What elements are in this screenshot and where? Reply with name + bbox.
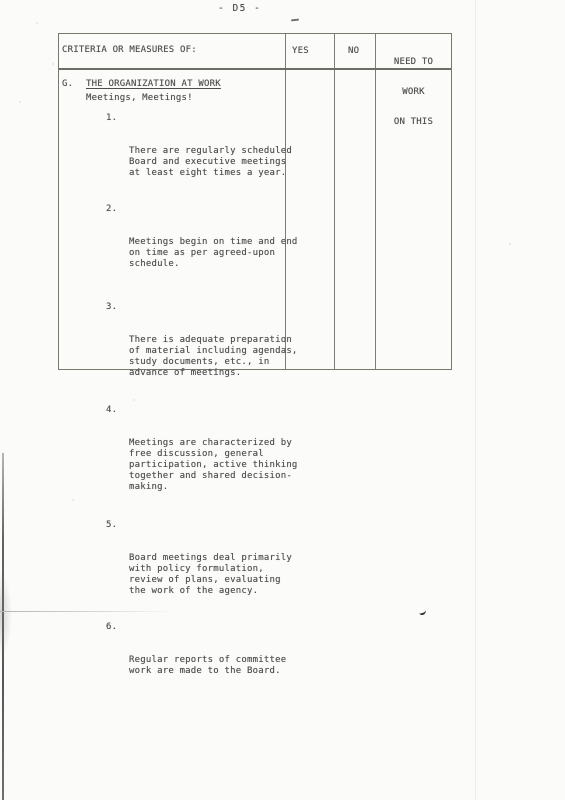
- item-line: review of plans, evaluating: [129, 575, 285, 586]
- criteria-table: CRITERIA OR MEASURES OF: YES NO NEED TO …: [58, 33, 452, 370]
- item-line: participation, active thinking: [129, 460, 285, 471]
- item-line: There are regularly scheduled: [129, 146, 285, 157]
- item-number: 4.: [106, 405, 117, 416]
- header-need-line-1: NEED TO: [375, 57, 452, 67]
- item-line: on time as per agreed-upon: [129, 248, 285, 259]
- section-subtitle: Meetings, Meetings!: [86, 93, 285, 104]
- criteria-item: 4. Meetings are characterized byfree dis…: [59, 405, 285, 515]
- ink-speck-dash: [291, 19, 299, 22]
- item-line: There is adequate preparation: [129, 335, 285, 346]
- header-need-line-2: WORK: [375, 87, 452, 97]
- item-line: Board and executive meetings: [129, 157, 285, 168]
- section-letter: G.: [62, 79, 73, 90]
- scan-noise-dot: [36, 22, 38, 24]
- criteria-column-body: G. THE ORGANIZATION AT WORK Meetings, Me…: [59, 70, 285, 699]
- item-lines: Meetings begin on time and endon time as…: [129, 237, 285, 270]
- item-number: 2.: [106, 204, 117, 215]
- item-line: study documents, etc., in: [129, 357, 285, 368]
- item-number: 5.: [106, 520, 117, 531]
- criteria-item: 1. There are regularly scheduledBoard an…: [59, 113, 285, 201]
- criteria-item: 6. Regular reports of committeework are …: [59, 622, 285, 699]
- item-line: Meetings begin on time and end: [129, 237, 285, 248]
- section-heading: G. THE ORGANIZATION AT WORK: [59, 79, 285, 90]
- header-no: NO: [348, 46, 359, 57]
- column-divider-yes: [285, 34, 286, 369]
- item-line: Regular reports of committee: [129, 655, 285, 666]
- scan-noise-dot: [72, 499, 74, 501]
- item-number: 6.: [106, 622, 117, 633]
- item-line: together and shared decision-: [129, 471, 285, 482]
- scan-noise-dot: [19, 101, 21, 103]
- criteria-item: 3. There is adequate preparationof mater…: [59, 302, 285, 401]
- item-line: Meetings are characterized by: [129, 438, 285, 449]
- scan-noise-dot: [133, 399, 135, 401]
- item-lines: Regular reports of committeework are mad…: [129, 655, 285, 677]
- item-line: the work of the agency.: [129, 586, 285, 597]
- scanned-document-page: - D5 - CRITERIA OR MEASURES OF: YES NO N…: [0, 0, 565, 800]
- ink-speck-comma: [418, 607, 426, 615]
- criteria-item: 2. Meetings begin on time and endon time…: [59, 204, 285, 292]
- item-line: of material including agendas,: [129, 346, 285, 357]
- item-line: work are made to the Board.: [129, 666, 285, 677]
- item-line: schedule.: [129, 259, 285, 270]
- header-need-to-work-on-this: NEED TO WORK ON THIS: [375, 37, 452, 147]
- header-criteria: CRITERIA OR MEASURES OF:: [62, 45, 197, 56]
- scan-noise-dot: [509, 243, 511, 245]
- paper-fold-line: [475, 0, 476, 800]
- column-divider-no: [334, 34, 335, 369]
- header-yes: YES: [292, 46, 309, 57]
- paper-crease-line: [0, 611, 175, 612]
- item-lines: Meetings are characterized byfree discus…: [129, 438, 285, 493]
- item-number: 3.: [106, 302, 117, 313]
- item-line: at least eight times a year.: [129, 168, 285, 179]
- item-line: Board meetings deal primarily: [129, 553, 285, 564]
- item-line: free discussion, general: [129, 449, 285, 460]
- item-lines: There are regularly scheduledBoard and e…: [129, 146, 285, 179]
- item-lines: Board meetings deal primarilywith policy…: [129, 553, 285, 597]
- left-edge-smudge: [0, 572, 12, 657]
- page-number: - D5 -: [218, 3, 261, 14]
- section-title: THE ORGANIZATION AT WORK: [86, 79, 221, 90]
- criteria-item: 5. Board meetings deal primarilywith pol…: [59, 520, 285, 619]
- scan-noise-dot: [52, 63, 54, 65]
- table-header-row: CRITERIA OR MEASURES OF: YES NO NEED TO …: [59, 34, 451, 70]
- item-number: 1.: [106, 113, 117, 124]
- item-lines: There is adequate preparationof material…: [129, 335, 285, 379]
- item-line: making.: [129, 482, 285, 493]
- item-line: advance of meetings.: [129, 368, 285, 379]
- item-line: with policy formulation,: [129, 564, 285, 575]
- header-need-line-3: ON THIS: [375, 117, 452, 127]
